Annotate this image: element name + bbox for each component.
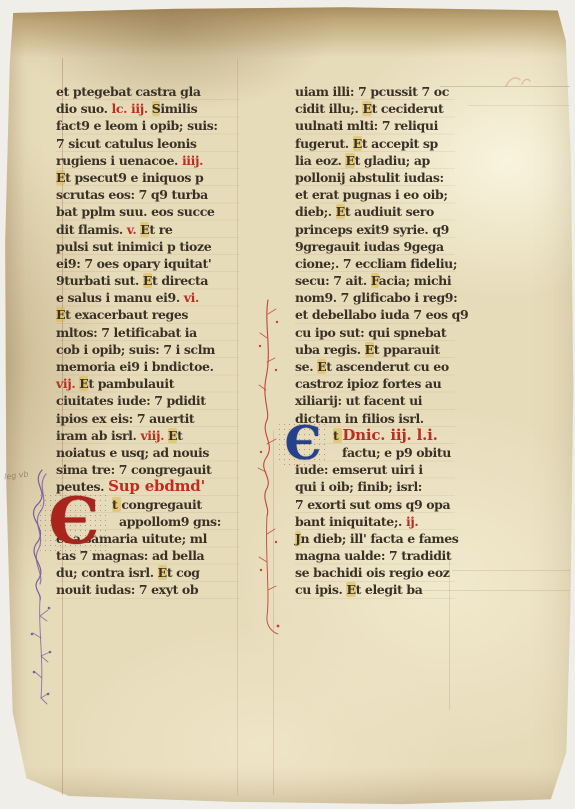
- rubric-text: Dnic. iij. l.i.: [342, 426, 437, 444]
- text-line: noiatus e usq; ad nouis: [56, 444, 239, 461]
- body-text: castroz ipioz fortes au: [295, 376, 441, 391]
- body-text: t exacerbaut reges: [65, 307, 188, 322]
- body-text: t re: [149, 222, 172, 237]
- body-text: 9turbati sut.: [56, 273, 143, 288]
- body-text: nom9. 7 glificabo i reg9:: [295, 290, 457, 305]
- body-text: princeps exit9 syrie. q9: [295, 222, 449, 237]
- text-line: cu ipis. Et elegit ba: [295, 581, 455, 598]
- body-text: imilis: [160, 101, 197, 116]
- body-text: E: [143, 273, 152, 288]
- body-text: E: [56, 170, 65, 185]
- text-line: uba regis. Et pparauit: [295, 341, 455, 358]
- body-text: pollonij abstulit iudas:: [295, 170, 444, 185]
- body-text: F: [371, 273, 379, 288]
- body-text: du; contra isrl.: [56, 565, 158, 580]
- body-text: memoria ei9 i bndictoe.: [56, 359, 214, 374]
- body-text: uiam illi: 7 pcussit 7 oc: [295, 84, 449, 99]
- body-text: E: [362, 101, 371, 116]
- text-line: dit flamis. v. Et re: [56, 221, 239, 238]
- text-line: uiam illi: 7 pcussit 7 oc: [295, 83, 455, 100]
- body-text: n dieb; ill' facta e fames: [301, 531, 459, 546]
- text-line: cob i opib; suis: 7 i sclm: [56, 341, 239, 358]
- text-line: 7 sicut catulus leonis: [56, 135, 239, 152]
- body-text: t gladiu; ap: [355, 153, 430, 168]
- body-text: t ascenderut cu eo: [326, 359, 449, 374]
- text-line: se bachidi ois regio eoz: [295, 564, 455, 581]
- text-line: Et psecut9 e iniquos p: [56, 169, 239, 186]
- text-line: uulnati mlti: 7 reliqui: [295, 117, 455, 134]
- red-numeral: iiij.: [182, 153, 203, 168]
- text-line: xiliarij: ut facent ui: [295, 392, 455, 409]
- body-text: bat pplm suu. eos succe: [56, 204, 214, 219]
- text-line: scrutas eos: 7 q9 turba: [56, 186, 239, 203]
- text-column-right: uiam illi: 7 pcussit 7 occidit illu;. Et…: [295, 83, 455, 599]
- text-line: et debellabo iuda 7 eos q9: [295, 306, 455, 323]
- text-line: lia eoz. Et gladiu; ap: [295, 152, 455, 169]
- text-line: Jn dieb; ill' facta e fames: [295, 530, 455, 547]
- text-line: rugiens i uenacoe. iiij.: [56, 152, 239, 169]
- body-text: iram ab isrl.: [56, 428, 140, 443]
- text-line: cu ipo sut: qui spnebat: [295, 324, 455, 341]
- red-numeral: vi.: [184, 290, 199, 305]
- body-text: uba regis.: [295, 342, 365, 357]
- body-text: et erat pugnas i eo oib;: [295, 187, 448, 202]
- red-numeral: vij.: [56, 376, 79, 391]
- body-text: fact9 e leom i opib; suis:: [56, 118, 218, 133]
- text-line: ipios ex eis: 7 auertit: [56, 410, 239, 427]
- text-line: Et exacerbaut reges: [56, 306, 239, 323]
- photographed-manuscript-page: et ptegebat castra gladio suo. lc. iij. …: [0, 0, 575, 809]
- body-text: t psecut9 e iniquos p: [65, 170, 203, 185]
- body-text: magna ualde: 7 tradidit: [295, 548, 451, 563]
- text-line: castroz ipioz fortes au: [295, 375, 455, 392]
- ruling-line: [468, 105, 570, 106]
- text-line: sima tre: 7 congregauit: [56, 461, 239, 478]
- body-text: bant iniquitate;.: [295, 514, 406, 529]
- body-text: t pparauit: [374, 342, 440, 357]
- body-text: fugerut.: [295, 136, 353, 151]
- red-numeral: ij.: [406, 514, 418, 529]
- body-text: noiatus e usq; ad nouis: [56, 445, 209, 460]
- text-line: princeps exit9 syrie. q9: [295, 221, 455, 238]
- body-text: E: [317, 359, 326, 374]
- text-line: cidit illu;. Et ceciderut: [295, 100, 455, 117]
- body-text: 9gregauit iudas 9gega: [295, 239, 444, 254]
- text-line: iram ab isrl. viij. Et: [56, 427, 239, 444]
- body-text: xiliarij: ut facent ui: [295, 393, 422, 408]
- body-text: pulsi sut inimici p tioze: [56, 239, 211, 254]
- body-text: se bachidi ois regio eoz: [295, 565, 449, 580]
- body-text: cu ipis.: [295, 582, 346, 597]
- body-text: lia eoz.: [295, 153, 345, 168]
- body-text: cidit illu;.: [295, 101, 362, 116]
- body-text: et debellabo iuda 7 eos q9: [295, 307, 468, 322]
- body-text: t audiuit sero: [345, 204, 434, 219]
- body-text: dieb;.: [295, 204, 336, 219]
- text-line: 7 exorti sut oms q9 opa: [295, 496, 455, 513]
- faint-folio-mark: [500, 70, 534, 94]
- body-text: E: [365, 342, 374, 357]
- body-text: cu ipo sut: qui spnebat: [295, 325, 446, 340]
- body-text: uulnati mlti: 7 reliqui: [295, 118, 438, 133]
- body-text: rugiens i uenacoe.: [56, 153, 182, 168]
- body-text: E: [345, 153, 354, 168]
- text-line: du; contra isrl. Et cog: [56, 564, 239, 581]
- body-text: t pambulauit: [88, 376, 174, 391]
- body-text: secu: 7 ait.: [295, 273, 371, 288]
- text-line: se. Et ascenderut cu eo: [295, 358, 455, 375]
- text-line: fugerut. Et accepit sp: [295, 135, 455, 152]
- body-text: congregauit: [121, 497, 201, 512]
- text-line: pollonij abstulit iudas:: [295, 169, 455, 186]
- body-text: se.: [295, 359, 317, 374]
- text-line: fact9 e leom i opib; suis:: [56, 117, 239, 134]
- body-text: t elegit ba: [356, 582, 423, 597]
- text-line: 9gregauit iudas 9gega: [295, 238, 455, 255]
- text-line: vij. Et pambulauit: [56, 375, 239, 392]
- text-line: dio suo. lc. iij. Similis: [56, 100, 239, 117]
- text-line: e salus i manu ei9. vi.: [56, 289, 239, 306]
- body-text: t: [177, 428, 182, 443]
- body-text: mltos: 7 letificabat ia: [56, 325, 197, 340]
- body-text: 7 exorti sut oms q9 opa: [295, 497, 450, 512]
- text-line: et erat pugnas i eo oib;: [295, 186, 455, 203]
- body-text: E: [353, 136, 362, 151]
- text-line: bat pplm suu. eos succe: [56, 203, 239, 220]
- body-text: t: [333, 428, 342, 443]
- body-text: E: [336, 204, 345, 219]
- text-line: dieb;. Et audiuit sero: [295, 203, 455, 220]
- body-text: dio suo.: [56, 101, 112, 116]
- text-line: 9turbati sut. Et directa: [56, 272, 239, 289]
- text-line: nom9. 7 glificabo i reg9:: [295, 289, 455, 306]
- body-text: ipios ex eis: 7 auertit: [56, 411, 194, 426]
- body-text: E: [56, 307, 65, 322]
- body-text: et ptegebat castra gla: [56, 84, 201, 99]
- text-line: cione;. 7 eccliam fideliu;: [295, 255, 455, 272]
- body-text: E: [346, 582, 355, 597]
- text-line: memoria ei9 i bndictoe.: [56, 358, 239, 375]
- body-text: e salus i manu ei9.: [56, 290, 184, 305]
- body-text: nouit iudas: 7 exyt ob: [56, 582, 198, 597]
- body-text: t cog: [167, 565, 200, 580]
- body-text: sima tre: 7 congregauit: [56, 462, 211, 477]
- body-text: E: [168, 428, 177, 443]
- body-text: E: [158, 565, 167, 580]
- text-line: qui i oib; finib; isrl:: [295, 478, 455, 495]
- penwork-flourish-red: [254, 294, 284, 644]
- body-text: t: [112, 497, 121, 512]
- body-text: ciuitates iude: 7 pdidit: [56, 393, 206, 408]
- text-line: et ptegebat castra gla: [56, 83, 239, 100]
- text-line: secu: 7 ait. Facia; michi: [295, 272, 455, 289]
- text-line: nouit iudas: 7 exyt ob: [56, 581, 239, 598]
- body-text: scrutas eos: 7 q9 turba: [56, 187, 208, 202]
- red-numeral: viij.: [140, 428, 168, 443]
- body-text: factu; e p9 obitu: [342, 445, 451, 460]
- text-line: bant iniquitate;. ij.: [295, 513, 455, 530]
- text-line: magna ualde: 7 tradidit: [295, 547, 455, 564]
- text-line: mltos: 7 letificabat ia: [56, 324, 239, 341]
- penwork-flourish-purple: [22, 466, 64, 716]
- body-text: 7 sicut catulus leonis: [56, 136, 197, 151]
- body-text: ei9: 7 oes opary iquitat': [56, 256, 211, 271]
- body-text: dit flamis.: [56, 222, 127, 237]
- ruling-line: [452, 570, 570, 571]
- body-text: t accepit sp: [362, 136, 438, 151]
- text-line: ciuitates iude: 7 pdidit: [56, 392, 239, 409]
- body-text: acia; michi: [379, 273, 452, 288]
- red-numeral: v.: [127, 222, 141, 237]
- body-text: cione;. 7 eccliam fideliu;: [295, 256, 457, 271]
- body-text: cob i opib; suis: 7 i sclm: [56, 342, 215, 357]
- text-line: ei9: 7 oes opary iquitat': [56, 255, 239, 272]
- red-numeral: lc. iij.: [112, 101, 152, 116]
- text-line: pulsi sut inimici p tioze: [56, 238, 239, 255]
- body-text: t directa: [152, 273, 208, 288]
- body-text: qui i oib; finib; isrl:: [295, 479, 422, 494]
- body-text: appollom9 gns:: [119, 514, 221, 529]
- body-text: t ceciderut: [372, 101, 444, 116]
- rubric-text: Sup ebdmd': [108, 477, 205, 495]
